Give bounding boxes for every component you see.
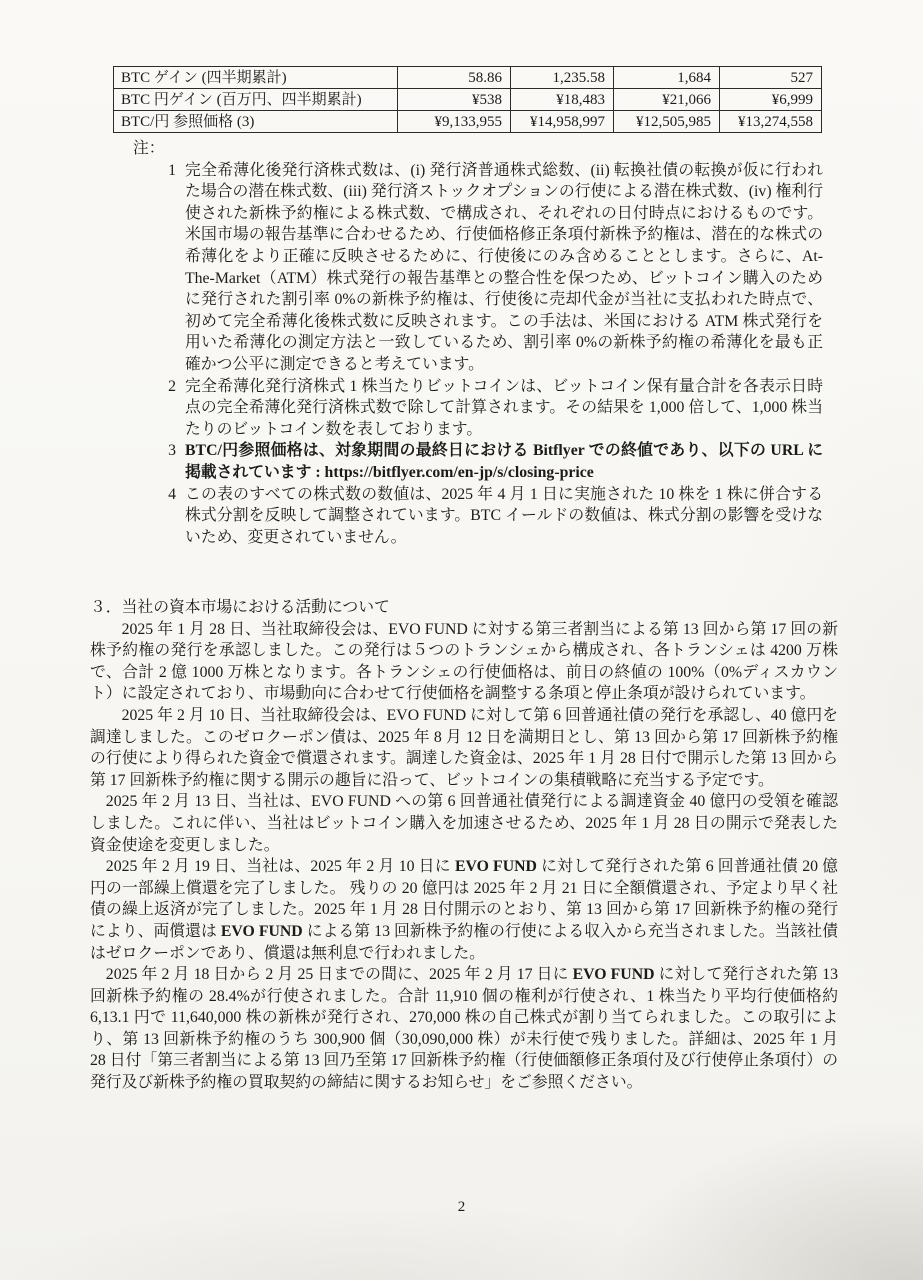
note-number: 2	[161, 376, 176, 441]
evo-fund-name: EVO FUND	[573, 966, 655, 983]
table-row-btc-gain: BTC ゲイン (四半期累計) 58.86 1,235.58 1,684 527	[114, 67, 822, 89]
table-row-btc-yen-reference-price: BTC/円 参照価格 (3) ¥9,133,955 ¥14,958,997 ¥1…	[114, 111, 822, 133]
document-page: BTC ゲイン (四半期累計) 58.86 1,235.58 1,684 527…	[0, 0, 923, 1280]
note-text: 完全希薄化後発行済株式数は、(i) 発行済普通株式総数、(ii) 転換社債の転換…	[185, 160, 823, 376]
note-text: 完全希薄化発行済株式 1 株当たりビットコインは、ビットコイン保有量合計を各表示…	[185, 376, 823, 441]
row-label: BTC/円 参照価格 (3)	[114, 111, 398, 133]
evo-fund-name: EVO FUND	[455, 858, 537, 875]
note-item-3: 3 BTC/円参照価格は、対象期間の最終日における Bitflyer での終値で…	[133, 440, 823, 483]
note-number: 1	[161, 160, 176, 376]
cell-value: ¥6,999	[720, 89, 822, 111]
note-item-1: 1 完全希薄化後発行済株式数は、(i) 発行済普通株式総数、(ii) 転換社債の…	[133, 160, 823, 376]
cell-value: ¥9,133,955	[398, 111, 511, 133]
notes-section: 注： 1 完全希薄化後発行済株式数は、(i) 発行済普通株式総数、(ii) 転換…	[133, 138, 823, 548]
cell-value: ¥21,066	[614, 89, 720, 111]
btc-metrics-table: BTC ゲイン (四半期累計) 58.86 1,235.58 1,684 527…	[113, 66, 822, 133]
text-segment: に対して発行された第 13 回新株予約権の 28.4%が行使されました。合計 1…	[90, 966, 838, 1091]
note-item-2: 2 完全希薄化発行済株式 1 株当たりビットコインは、ビットコイン保有量合計を各…	[133, 376, 823, 441]
note-number: 4	[161, 484, 176, 549]
cell-value: 58.86	[398, 67, 511, 89]
cell-value: ¥14,958,997	[511, 111, 614, 133]
paragraph-feb13-funds-received: 2025 年 2 月 13 日、当社は、EVO FUND への第 6 回普通社債…	[90, 791, 838, 856]
closing-price-url: https://bitflyer.com/en-jp/s/closing-pri…	[325, 464, 594, 481]
evo-fund-name: EVO FUND	[221, 923, 303, 940]
paragraph-feb18-25-exercise: 2025 年 2 月 18 日から 2 月 25 日までの間に、2025 年 2…	[90, 964, 838, 1094]
row-label: BTC ゲイン (四半期累計)	[114, 67, 398, 89]
page-number: 2	[0, 1199, 923, 1216]
cell-value: ¥538	[398, 89, 511, 111]
note-number: 3	[161, 440, 176, 483]
paragraph-jan28-warrants: 2025 年 1 月 28 日、当社取締役会は、EVO FUND に対する第三者…	[90, 619, 838, 705]
paragraph-feb19-redemption: 2025 年 2 月 19 日、当社は、2025 年 2 月 10 日に EVO…	[90, 856, 838, 964]
note-item-4: 4 この表のすべての株式数の数値は、2025 年 4 月 1 日に実施された 1…	[133, 484, 823, 549]
note-text: BTC/円参照価格は、対象期間の最終日における Bitflyer での終値であり…	[185, 440, 823, 483]
cell-value: ¥12,505,985	[614, 111, 720, 133]
row-label: BTC 円ゲイン (百万円、四半期累計)	[114, 89, 398, 111]
paragraph-feb10-bonds: 2025 年 2 月 10 日、当社取締役会は、EVO FUND に対して第 6…	[90, 705, 838, 791]
note-text: この表のすべての株式数の数値は、2025 年 4 月 1 日に実施された 10 …	[185, 484, 823, 549]
section-3-heading: ３．当社の資本市場における活動について	[90, 597, 838, 619]
cell-value: ¥18,483	[511, 89, 614, 111]
cell-value: 527	[720, 67, 822, 89]
cell-value: 1,684	[614, 67, 720, 89]
section-3-capital-markets: ３．当社の資本市場における活動について 2025 年 1 月 28 日、当社取締…	[90, 597, 838, 1094]
table-row-btc-yen-gain: BTC 円ゲイン (百万円、四半期累計) ¥538 ¥18,483 ¥21,06…	[114, 89, 822, 111]
text-segment: 2025 年 2 月 19 日、当社は、2025 年 2 月 10 日に	[106, 858, 455, 875]
cell-value: ¥13,274,558	[720, 111, 822, 133]
cell-value: 1,235.58	[511, 67, 614, 89]
text-segment: 2025 年 2 月 18 日から 2 月 25 日までの間に、2025 年 2…	[106, 966, 573, 983]
notes-label: 注：	[133, 138, 823, 160]
